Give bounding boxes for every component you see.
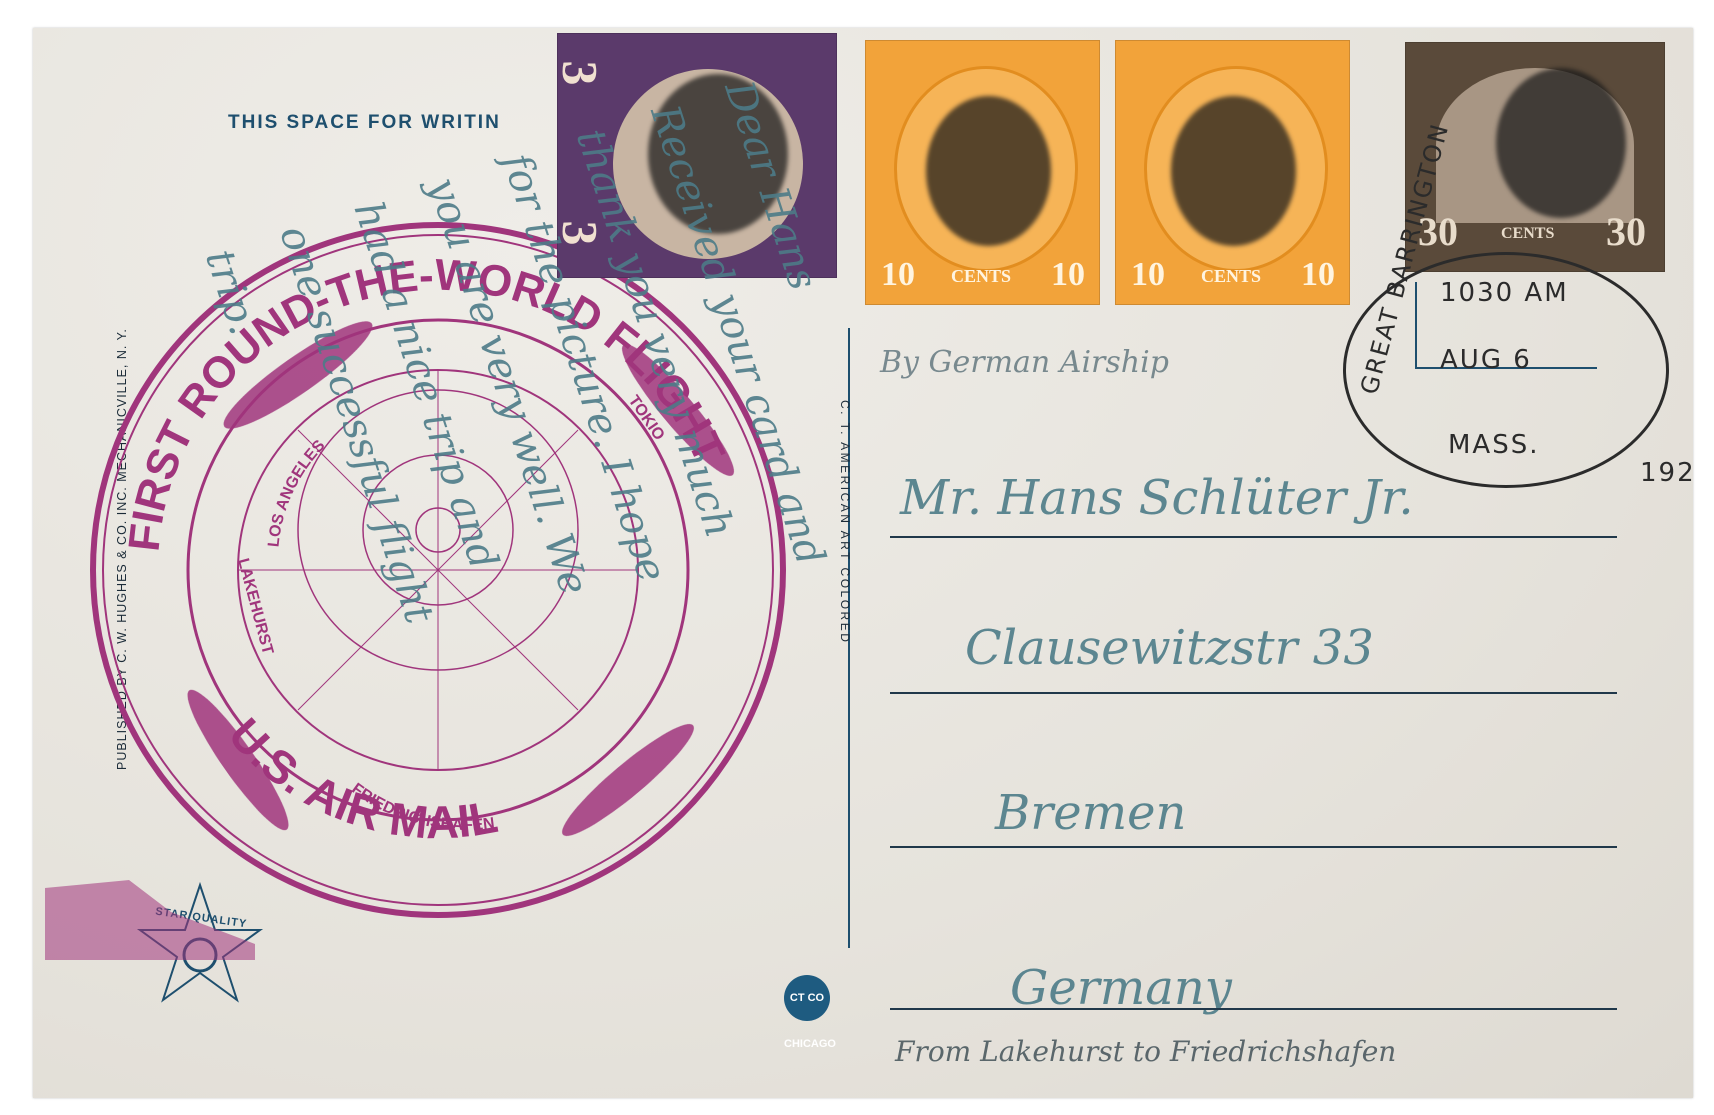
address-line-street: Clausewitzstr 33 (965, 620, 1374, 676)
address-rule-2 (890, 692, 1617, 694)
stamp-10-cents-2: 10 10 CENTS (1115, 40, 1350, 305)
printer-logo: CT CO CHICAGO (784, 975, 830, 1021)
writing-space-header: THIS SPACE FOR WRITIN (228, 112, 501, 134)
postmark-year: 192 (1640, 458, 1696, 488)
address-rule-4 (890, 1008, 1617, 1010)
stamp-10-cents-1: 10 10 CENTS (865, 40, 1100, 305)
route-footer: From Lakehurst to Friedrichshafen (895, 1035, 1396, 1068)
postmark-date: AUG 6 (1440, 345, 1532, 375)
postmark-time: 1030 AM (1440, 278, 1569, 308)
postmark-state: MASS. (1448, 430, 1540, 460)
handwritten-message: Dear Hans Received your card and thank y… (70, 140, 790, 1040)
address-line-name: Mr. Hans Schlüter Jr. (900, 470, 1414, 526)
address-line-city: Bremen (995, 785, 1186, 841)
address-rule-1 (890, 536, 1617, 538)
routing-note: By German Airship (880, 345, 1169, 380)
address-rule-3 (890, 846, 1617, 848)
